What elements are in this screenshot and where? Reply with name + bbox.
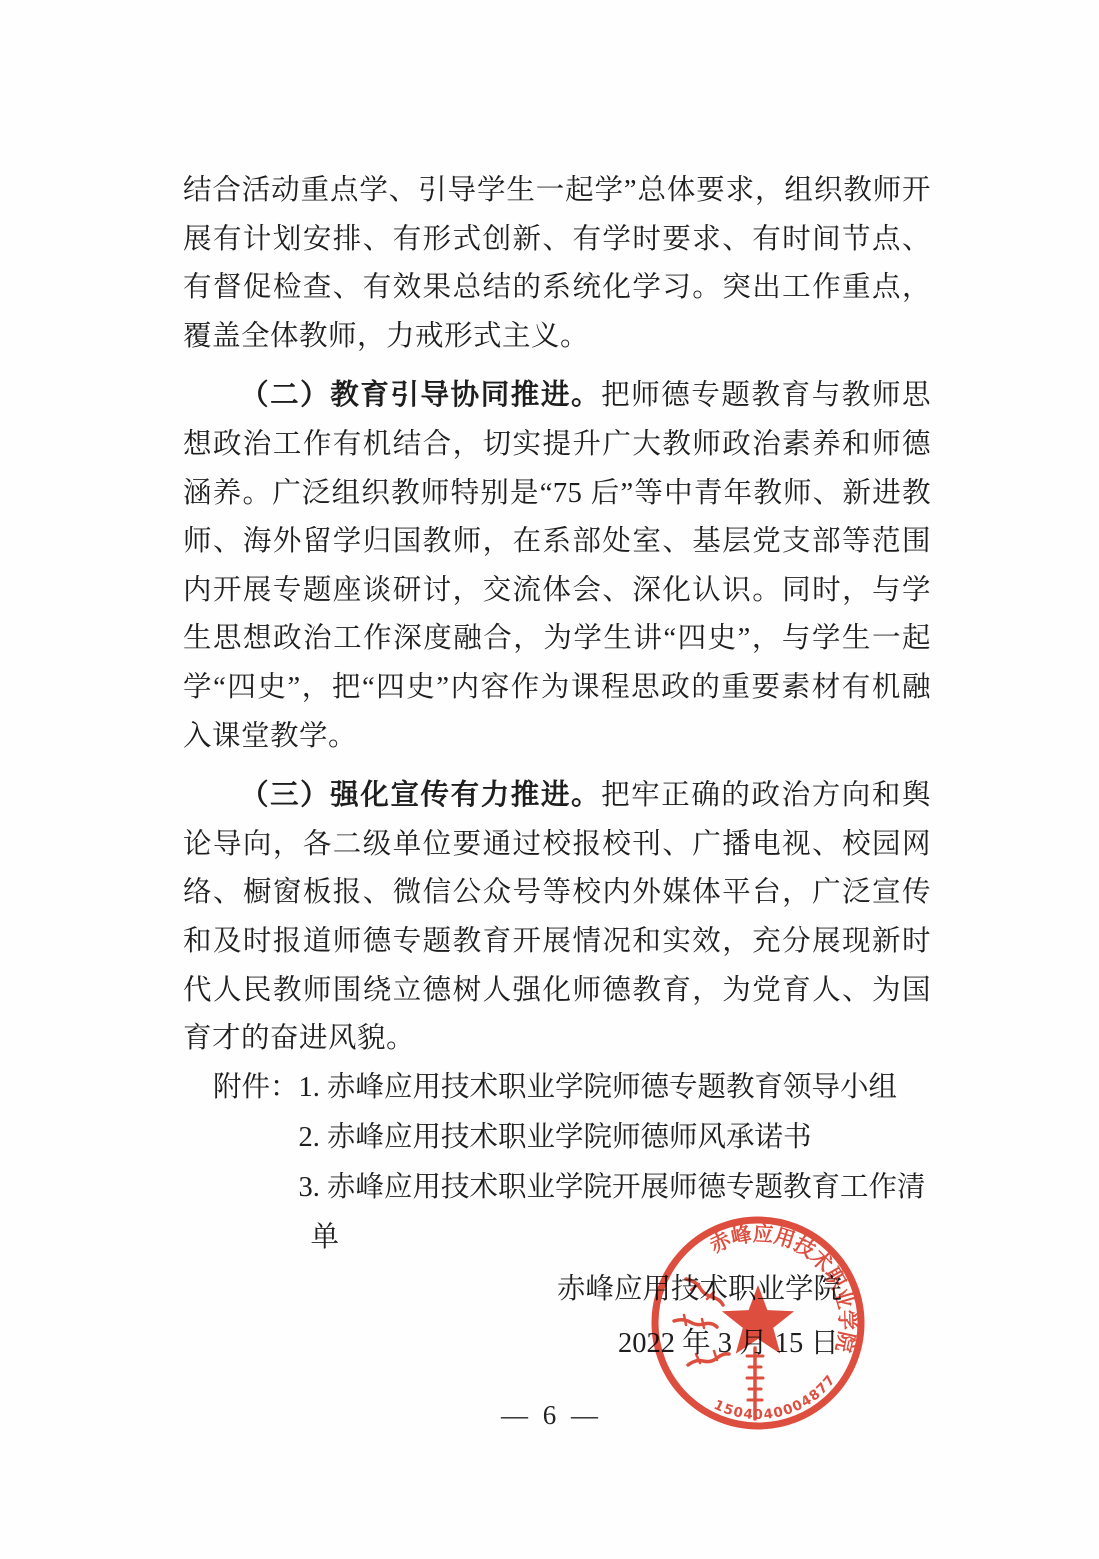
seal-number-arc: 1504040004877 — [711, 1372, 839, 1423]
document-body: 结合活动重点学、引导学生一起学”总体要求，组织教师开展有计划安排、有形式创新、有… — [183, 166, 931, 1064]
paragraph-text: 把牢正确的政治方向和舆论导向，各二级单位要通过校报校刊、广播电视、校园网络、橱窗… — [183, 780, 931, 1054]
paragraph-text: 结合活动重点学、引导学生一起学”总体要求，组织教师开展有计划安排、有形式创新、有… — [183, 175, 931, 352]
body-paragraph: （三）强化宣传有力推进。把牢正确的政治方向和舆论导向，各二级单位要通过校报校刊、… — [183, 771, 931, 1064]
attachment-item: 3. 赤峰应用技术职业学院开展师德专题教育工作清单 — [299, 1163, 943, 1263]
page-number: — 6 — — [501, 1400, 602, 1431]
signature-org: 赤峰应用技术职业学院 — [557, 1266, 842, 1307]
attachments-block: 附件： 1. 赤峰应用技术职业学院师德专题教育领导小组 2. 赤峰应用技术职业学… — [213, 1063, 943, 1263]
signature-date: 2022 年 3 月 15 日 — [618, 1320, 839, 1361]
body-paragraph: （二）教育引导协同推进。把师德专题教育与教师思想政治工作有机结合，切实提升广大教… — [183, 371, 931, 761]
paragraph-lead: （三）强化宣传有力推进。 — [240, 778, 601, 811]
attachment-item: 1. 赤峰应用技术职业学院师德专题教育领导小组 — [299, 1063, 943, 1113]
body-paragraph: 结合活动重点学、引导学生一起学”总体要求，组织教师开展有计划安排、有形式创新、有… — [183, 166, 931, 361]
seal-number-text: 1504040004877 — [711, 1372, 839, 1423]
attachment-item: 2. 赤峰应用技术职业学院师德师风承诺书 — [299, 1113, 943, 1163]
attachments-label: 附件： — [213, 1063, 299, 1113]
paragraph-lead: （二）教育引导协同推进。 — [240, 378, 601, 411]
attachments-list: 1. 赤峰应用技术职业学院师德专题教育领导小组 2. 赤峰应用技术职业学院师德师… — [299, 1063, 943, 1263]
document-page: 结合活动重点学、引导学生一起学”总体要求，组织教师开展有计划安排、有形式创新、有… — [0, 0, 1099, 1559]
paragraph-text: 把师德专题教育与教师思想政治工作有机结合，切实提升广大教师政治素养和师德涵养。广… — [183, 380, 931, 751]
